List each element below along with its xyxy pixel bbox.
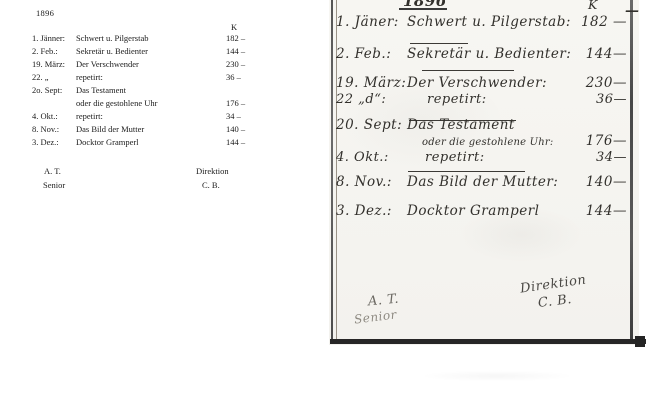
entry-amount: 176— (586, 133, 627, 149)
entry-title: repetirt: (427, 92, 487, 107)
ledger-row: 4. Okt.: repetirt: 34— (327, 150, 643, 172)
entry-date: 2. Feb.: (32, 46, 58, 56)
entry-amount: 34 – (226, 111, 241, 121)
transcription-row: 4. Okt.: repetirt: 34 – (32, 111, 322, 124)
currency-column-header: K (231, 22, 237, 32)
entry-amount: 36 – (226, 72, 241, 82)
entry-title: repetirt: (76, 72, 103, 82)
scan-smudge (387, 368, 607, 384)
title-underline (422, 70, 514, 71)
signature-role-left: Senior (43, 180, 65, 190)
entry-amount: 140 – (226, 124, 245, 134)
entry-date: 2. Feb.: (336, 46, 391, 62)
entry-title: Das Bild der Mutter (76, 124, 144, 134)
entry-amount: 144 – (226, 137, 245, 147)
entry-amount: 144— (586, 203, 627, 219)
entry-title: Schwert u. Pilgerstab (76, 33, 148, 43)
page-bottom-border (330, 339, 646, 344)
entry-amount: 144— (586, 46, 627, 62)
transcription-row: 2. Feb.: Sekretär u. Bedienter 144 – (32, 46, 322, 59)
entry-date: 22 „d“: (336, 92, 386, 107)
ledger-row: 8. Nov.: Das Bild der Mutter: 140— (327, 174, 643, 196)
entry-title: Der Verschwender: (407, 75, 547, 91)
ledger-row: 1. Jäner: Schwert u. Pilgerstab: 182 — (327, 14, 643, 36)
entry-date: 8. Nov.: (32, 124, 59, 134)
ledger-row: 22 „d“: repetirt: 36— (327, 92, 643, 114)
entry-date: 1. Jäner: (336, 14, 399, 30)
entry-title: Das Testament (76, 85, 126, 95)
entry-date: 19. März: (336, 75, 406, 91)
entry-date: 1. Jänner: (32, 33, 65, 43)
signature-initials-right: C. B. (202, 180, 220, 190)
entry-amount: 144 – (226, 46, 245, 56)
entry-date: 4. Okt.: (32, 111, 58, 121)
entry-title: repetirt: (425, 150, 485, 165)
title-underline (410, 43, 468, 44)
transcription-row: 1. Jänner: Schwert u. Pilgerstab 182 – (32, 33, 322, 46)
entry-title: Das Testament (407, 117, 515, 133)
entry-title: Der Verschwender (76, 59, 139, 69)
entry-title: Das Bild der Mutter: (407, 174, 558, 190)
entry-amount: 140— (586, 174, 627, 190)
entry-title: Sekretär u. Bedienter: (407, 46, 571, 62)
entry-date: 19. März: (32, 59, 65, 69)
transcription-row: 19. März: Der Verschwender 230 – (32, 59, 322, 72)
year-heading: 1896 (36, 8, 54, 18)
entry-date: 3. Dez.: (32, 137, 59, 147)
transcription-row: 8. Nov.: Das Bild der Mutter 140 – (32, 124, 322, 137)
document-page: 1896 K 1. Jänner: Schwert u. Pilgerstab … (0, 0, 650, 400)
handwritten-currency-header: K (588, 0, 598, 12)
entry-title: repetirt: (76, 111, 103, 121)
entry-date: 20. Sept: (336, 117, 402, 133)
entry-title: Sekretär u. Bedienter (76, 46, 148, 56)
entry-title: Schwert u. Pilgerstab: (407, 14, 571, 30)
entry-amount: 182 — (581, 14, 627, 30)
entry-date: 22. „ (32, 72, 49, 82)
entry-title: oder die gestohlene Uhr: (422, 137, 553, 148)
page-bottom-corner (635, 336, 645, 347)
entry-title: oder die gestohlene Uhr (76, 98, 157, 108)
scanned-ledger-page: 1896 K — 1. Jäner: Schwert u. Pilgerstab… (327, 0, 650, 400)
transcription-row: 3. Dez.: Docktor Gramperl 144 – (32, 137, 322, 150)
entry-date: 4. Okt.: (336, 150, 389, 165)
year-underline (399, 8, 447, 10)
entry-amount: 176 – (226, 98, 245, 108)
entry-amount: 36— (596, 92, 627, 107)
entry-date: 8. Nov.: (336, 174, 392, 190)
transcription-row: 22. „ repetirt: 36 – (32, 72, 322, 85)
entry-amount: 230— (586, 75, 627, 91)
typed-transcription: 1896 K 1. Jänner: Schwert u. Pilgerstab … (0, 0, 327, 400)
ledger-row: 3. Dez.: Docktor Gramperl 144— (327, 203, 643, 225)
entry-date: 2o. Sept: (32, 85, 62, 95)
entry-title: Docktor Gramperl (76, 137, 139, 147)
signature-role-right: Direktion (196, 166, 229, 176)
transcription-row: 2o. Sept: Das Testament (32, 85, 322, 98)
entry-amount: 182 – (226, 33, 245, 43)
entry-amount: 230 – (226, 59, 245, 69)
ledger-row: 2. Feb.: Sekretär u. Bedienter: 144— (327, 46, 643, 68)
entry-amount: 34— (596, 150, 627, 165)
entry-date: 3. Dez.: (336, 203, 392, 219)
transcription-row: oder die gestohlene Uhr 176 – (32, 98, 322, 111)
signature-initials-left: A. T. (44, 166, 61, 176)
entry-title: Docktor Gramperl (407, 203, 539, 219)
